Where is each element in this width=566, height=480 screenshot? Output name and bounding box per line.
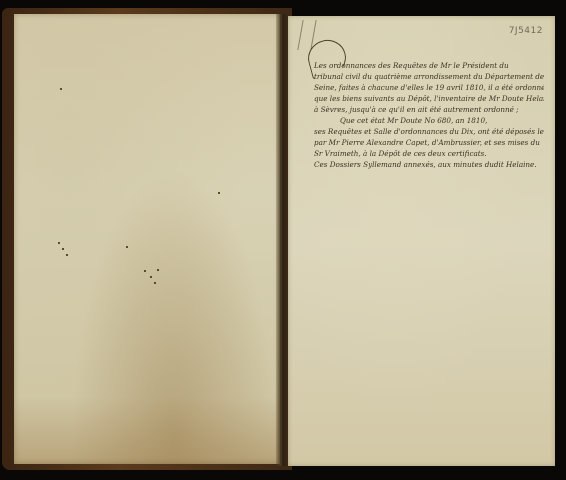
right-page: 7J5412 Les ordonnances des Requêtes de M… <box>288 16 555 466</box>
text-line: Que cet état Mr Doute No 680, an 1810, <box>314 115 544 126</box>
text-line: à Sèvres, jusqu'à ce qu'il en ait été au… <box>314 104 544 115</box>
left-page <box>14 14 280 464</box>
text-line: par Mr Pierre Alexandre Capet, d'Ambruss… <box>314 137 544 148</box>
text-line: que les biens suivants au Dépôt, l'inven… <box>314 93 544 104</box>
text-line: Les ordonnances des Requêtes de Mr le Pr… <box>314 60 544 71</box>
text-line: Sr Vraimeth, à la Dépôt de ces deux cert… <box>314 148 544 159</box>
handwritten-text: Les ordonnances des Requêtes de Mr le Pr… <box>314 60 544 170</box>
text-line: tribunal civil du quatrième arrondisseme… <box>314 71 544 82</box>
text-line: ses Requêtes et Salle d'ordonnances du D… <box>314 126 544 137</box>
text-line: Ces Dossiers Syllemand annexés, aux minu… <box>314 159 544 170</box>
book-spine <box>276 14 288 466</box>
catalog-number: 7J5412 <box>509 26 543 36</box>
text-line: Seine, faites à chacune d'elles le 19 av… <box>314 82 544 93</box>
